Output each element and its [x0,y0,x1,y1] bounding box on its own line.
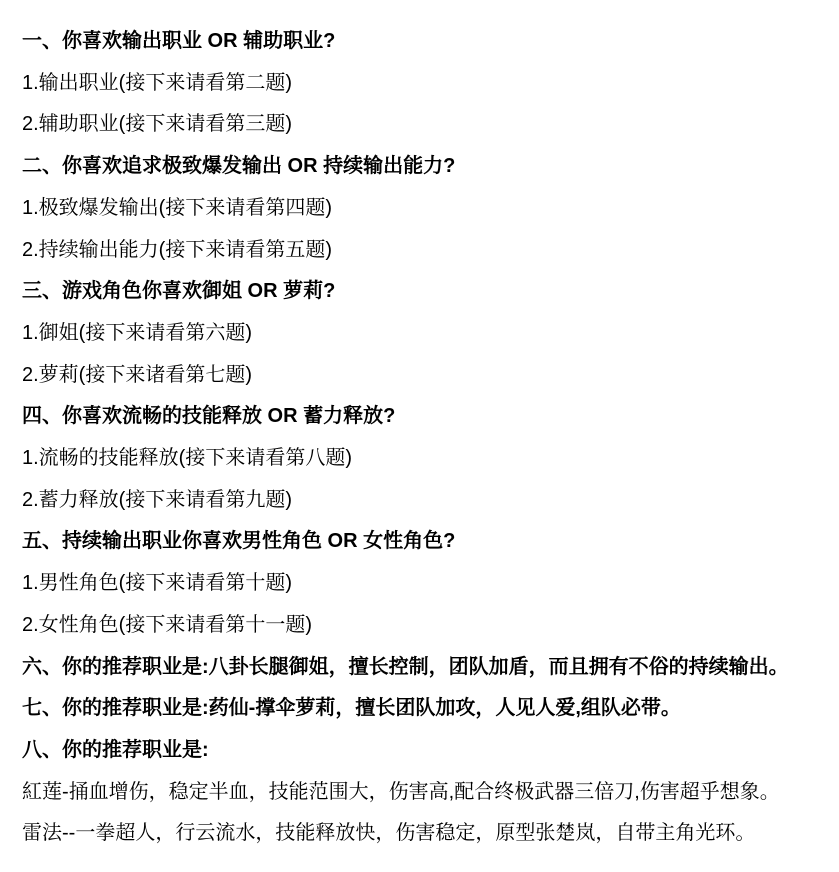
result-8-line-2: 雷法--一拳超人，行云流水，技能释放快，伤害稳定，原型张楚岚，自带主角光环。 [22,813,821,855]
question-2-option-1: 1.极致爆发输出(接下来请看第四题) [22,188,821,230]
question-4-option-2: 2.蓄力释放(接下来请看第九题) [22,480,821,522]
question-1-heading: 一、你喜欢输出职业 OR 辅助职业? [22,21,821,63]
result-6-heading: 六、你的推荐职业是:八卦长腿御姐，擅长控制，团队加盾，而且拥有不俗的持续输出。 [22,647,821,689]
question-3-option-2: 2.萝莉(接下来诸看第七题) [22,355,821,397]
question-1-option-1: 1.输出职业(接下来请看第二题) [22,63,821,105]
result-7-heading: 七、你的推荐职业是:药仙-撑伞萝莉，擅长团队加攻，人见人爱,组队必带。 [22,688,821,730]
question-5-option-1: 1.男性角色(接下来请看第十题) [22,563,821,605]
quiz-document: 一、你喜欢输出职业 OR 辅助职业? 1.输出职业(接下来请看第二题) 2.辅助… [0,0,839,872]
question-1-option-2: 2.辅助职业(接下来请看第三题) [22,104,821,146]
result-8-line-1: 紅莲-捅血增伤，稳定半血，技能范围大，伤害高,配合终极武器三倍刀,伤害超乎想象。 [22,772,821,814]
question-5-option-2: 2.女性角色(接下来请看第十一题) [22,605,821,647]
question-4-option-1: 1.流畅的技能释放(接下来请看第八题) [22,438,821,480]
question-2-heading: 二、你喜欢追求极致爆发输出 OR 持续输出能力? [22,146,821,188]
question-3-heading: 三、游戏角色你喜欢御姐 OR 萝莉? [22,271,821,313]
result-8-heading: 八、你的推荐职业是: [22,730,821,772]
question-3-option-1: 1.御姐(接下来请看第六题) [22,313,821,355]
question-4-heading: 四、你喜欢流畅的技能释放 OR 蓄力释放? [22,396,821,438]
question-2-option-2: 2.持续输出能力(接下来请看第五题) [22,230,821,272]
question-5-heading: 五、持续输出职业你喜欢男性角色 OR 女性角色? [22,521,821,563]
